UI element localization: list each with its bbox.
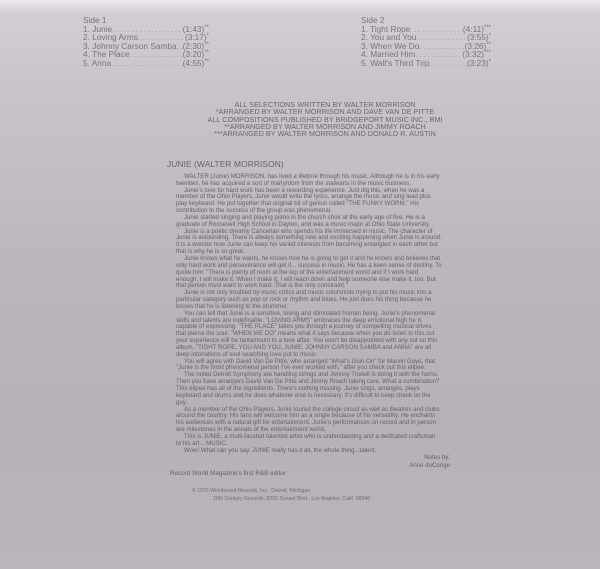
track-row: 5. Walt's Third Trip(3:23)* bbox=[361, 59, 491, 68]
paragraph: You will agree with David Van De Pitte, … bbox=[176, 359, 442, 373]
dot-leader bbox=[111, 59, 182, 68]
copyright-line: ℗ 1975 Westbound Records, Inc., Detroit,… bbox=[192, 487, 442, 495]
arranger-mark: * bbox=[489, 59, 491, 68]
copyright-block: ℗ 1975 Westbound Records, Inc., Detroit,… bbox=[192, 487, 442, 503]
paragraph: You can tell that Junie is a sensitive, … bbox=[176, 311, 442, 359]
dot-leader bbox=[129, 50, 182, 59]
tracklist-side-2: Side 2 1. Tight Rope(4:11)*** 2. You and… bbox=[361, 16, 491, 68]
signoff: Notes by: Anne duConge bbox=[176, 454, 450, 469]
arranger-mark: ** bbox=[204, 50, 209, 59]
tracklist-side-1: Side 1 1. Junie(1:43)** 2. Loving Arms(3… bbox=[83, 16, 209, 68]
article-title: JUNIE (WALTER MORRISON) bbox=[167, 161, 442, 168]
arranger-mark: ** bbox=[486, 42, 491, 51]
track-time: (3:23) bbox=[467, 59, 489, 68]
notes-by-label: Notes by: bbox=[176, 454, 450, 461]
dot-leader bbox=[429, 59, 467, 68]
paragraph: Junie knows what he wants, he knows how … bbox=[176, 256, 442, 290]
arranger-mark: * bbox=[489, 33, 491, 42]
credits-block: ALL SELECTIONS WRITTEN BY WALTER MORRISO… bbox=[150, 101, 500, 137]
dot-leader bbox=[419, 42, 464, 51]
arranger-mark: * bbox=[207, 33, 209, 42]
arranger-mark: ** bbox=[204, 59, 209, 68]
credit-line: ***ARRANGED BY WALTER MORRISON AND DONAL… bbox=[150, 130, 500, 137]
paragraph: Wow! What can you say. JUNIE really has … bbox=[176, 448, 442, 455]
dot-leader bbox=[416, 33, 467, 42]
dot-leader bbox=[410, 25, 463, 34]
track-time: (4:55) bbox=[183, 59, 205, 68]
paragraph: Junie started singing and playing piano … bbox=[176, 215, 442, 229]
track-row: 5. Anna(4:55)** bbox=[83, 59, 209, 68]
author-name: Anne duConge bbox=[176, 462, 450, 469]
paragraph: The noted Detroit Symphony are handling … bbox=[176, 372, 442, 406]
paragraph: As a member of the Ohio Players, Junie t… bbox=[176, 407, 442, 434]
track-name: 5. Anna bbox=[83, 59, 111, 68]
paragraph: Junie is not only troubled by music crit… bbox=[176, 290, 442, 311]
paragraph: Junie's love for hard work has been a re… bbox=[176, 188, 442, 215]
track-name: 5. Walt's Third Trip bbox=[361, 59, 429, 68]
arranger-mark: ** bbox=[204, 42, 209, 51]
top-sheen bbox=[0, 0, 600, 14]
paragraph: This is JUNIE, a multi-faceted talented … bbox=[176, 434, 442, 448]
liner-notes: JUNIE (WALTER MORRISON) WALTER (Junie) M… bbox=[176, 161, 442, 503]
copyright-line: 20th Century Records, 8255 Sunset Blvd.,… bbox=[213, 495, 442, 503]
paragraph: WALTER (Junie) MORRISON, has lived a lif… bbox=[176, 174, 442, 188]
paragraph: Junie is a poetic dreamy Cancerian who s… bbox=[176, 229, 442, 256]
author-credential: Record World Magazine's first R&B editor bbox=[170, 471, 442, 478]
